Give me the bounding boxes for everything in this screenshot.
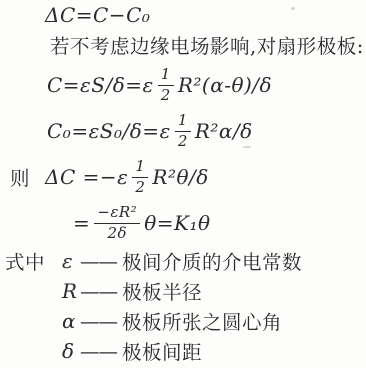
legend-description: 极板所张之圆心角 xyxy=(122,307,282,335)
then-label: 则 xyxy=(10,163,45,191)
formula-delta-c-result: 则 ΔC =−ε 1 2 R²θ/δ xyxy=(10,154,366,200)
legend-symbol: R xyxy=(62,279,77,303)
legend-dash: —— xyxy=(80,340,117,363)
formula-text: R²α/δ xyxy=(195,119,253,143)
fraction-numerator: −εR² xyxy=(94,204,140,223)
legend-symbol: δ xyxy=(62,339,77,363)
fraction-one-half: 1 2 xyxy=(175,112,191,150)
legend-description: 极板半径 xyxy=(122,277,202,305)
fraction-denominator: 2 xyxy=(161,86,171,104)
legend-symbol: ε xyxy=(62,249,77,273)
legend-description: 极间介质的介电常数 xyxy=(122,247,302,275)
formula-capacitance-c0: C₀=εS₀/δ=ε 1 2 R²α/δ xyxy=(47,108,366,154)
paragraph-text: 若不考虑边缘电场影响,对扇形极板: xyxy=(50,31,364,59)
paragraph-condition: 若不考虑边缘电场影响,对扇形极板: xyxy=(50,33,366,57)
fraction-one-half: 1 2 xyxy=(158,66,174,104)
document-page: ΔC=C−C₀ 若不考虑边缘电场影响,对扇形极板: C=εS/δ=ε 1 2 R… xyxy=(0,0,366,368)
fraction-neg-epsilon-r2-over-2delta: −εR² 2δ xyxy=(94,204,140,242)
formula-k1-theta: = −εR² 2δ θ=K₁θ xyxy=(73,200,366,246)
legend-dash: —— xyxy=(80,280,117,303)
formula-text: ΔC=C−C₀ xyxy=(45,3,150,27)
formula-text: = xyxy=(73,211,90,235)
scan-artifact xyxy=(243,146,251,148)
fraction-one-half: 1 2 xyxy=(132,158,148,196)
scan-artifact xyxy=(291,7,295,10)
formula-text: C=εS/δ=ε xyxy=(47,73,154,97)
legend-dash: —— xyxy=(80,250,117,273)
formula-text: θ=K₁θ xyxy=(144,211,210,235)
formula-capacitance-c: C=εS/δ=ε 1 2 R²(α-θ)/δ xyxy=(47,62,366,108)
formula-delta-c-definition: ΔC=C−C₀ xyxy=(45,4,366,26)
fraction-denominator: 2δ xyxy=(107,224,127,242)
legend-dash: —— xyxy=(80,310,117,333)
legend-label: 式中 xyxy=(5,247,62,275)
formula-text: R²(α-θ)/δ xyxy=(178,73,272,97)
legend-item-alpha: α —— 极板所张之圆心角 xyxy=(62,306,366,336)
fraction-numerator: 1 xyxy=(158,66,174,85)
legend-item-r: R —— 极板半径 xyxy=(62,276,366,306)
legend-symbol: α xyxy=(62,309,77,333)
fraction-numerator: 1 xyxy=(132,158,148,177)
formula-text: C₀=εS₀/δ=ε xyxy=(47,119,171,143)
legend-item-delta: δ —— 极板间距 xyxy=(62,336,366,366)
formula-text: ΔC =−ε xyxy=(45,165,128,189)
fraction-denominator: 2 xyxy=(178,132,188,150)
legend-item-epsilon: 式中 ε —— 极间介质的介电常数 xyxy=(5,246,366,276)
formula-text: R²θ/δ xyxy=(152,165,208,189)
legend-description: 极板间距 xyxy=(122,337,202,365)
fraction-numerator: 1 xyxy=(175,112,191,131)
fraction-denominator: 2 xyxy=(135,178,145,196)
